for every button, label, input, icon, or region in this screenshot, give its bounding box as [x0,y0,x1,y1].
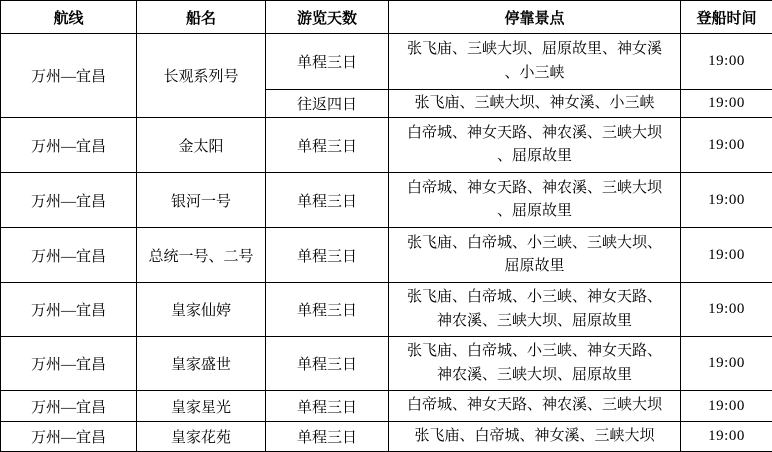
ship-cell: 长观系列号 [137,34,266,118]
days-cell: 往返四日 [266,90,389,118]
route-cell: 万州—宜昌 [1,228,137,283]
route-cell: 万州—宜昌 [1,283,137,337]
route-cell: 万州—宜昌 [1,422,137,452]
time-cell: 19:00 [681,90,772,118]
route-cell: 万州—宜昌 [1,173,137,228]
ship-cell: 皇家盛世 [137,337,266,391]
route-cell: 万州—宜昌 [1,118,137,173]
stops-cell: 白帝城、神女天路、神农溪、三峡大坝 、屈原故里 [389,173,681,228]
time-cell: 19:00 [681,283,772,337]
col-header-route: 航线 [1,1,137,34]
stops-cell: 张飞庙、白帝城、小三峡、神女天路、 神农溪、三峡大坝、屈原故里 [389,337,681,391]
time-cell: 19:00 [681,422,772,452]
ship-cell: 皇家花苑 [137,422,266,452]
col-header-days: 游览天数 [266,1,389,34]
table-row: 万州—宜昌 银河一号 单程三日 白帝城、神女天路、神农溪、三峡大坝 、屈原故里 … [1,173,772,228]
days-cell: 单程三日 [266,391,389,422]
col-header-ship: 船名 [137,1,266,34]
ship-cell: 银河一号 [137,173,266,228]
table-row: 万州—宜昌 长观系列号 单程三日 张飞庙、三峡大坝、屈原故里、神女溪 、小三峡 … [1,34,772,90]
table-row: 万州—宜昌 总统一号、二号 单程三日 张飞庙、白帝城、小三峡、三峡大坝、 屈原故… [1,228,772,283]
table-row: 万州—宜昌 皇家仙婷 单程三日 张飞庙、白帝城、小三峡、神女天路、 神农溪、三峡… [1,283,772,337]
stops-cell: 白帝城、神女天路、神农溪、三峡大坝 、屈原故里 [389,118,681,173]
days-cell: 单程三日 [266,337,389,391]
days-cell: 单程三日 [266,283,389,337]
days-cell: 单程三日 [266,422,389,452]
cruise-schedule-table: 航线 船名 游览天数 停靠景点 登船时间 万州—宜昌 长观系列号 单程三日 张飞… [0,0,772,452]
days-cell: 单程三日 [266,118,389,173]
days-cell: 单程三日 [266,173,389,228]
stops-cell: 白帝城、神女天路、神农溪、三峡大坝 [389,391,681,422]
table-row: 万州—宜昌 皇家盛世 单程三日 张飞庙、白帝城、小三峡、神女天路、 神农溪、三峡… [1,337,772,391]
stops-cell: 张飞庙、白帝城、神女溪、三峡大坝 [389,422,681,452]
stops-cell: 张飞庙、白帝城、小三峡、三峡大坝、 屈原故里 [389,228,681,283]
time-cell: 19:00 [681,118,772,173]
route-cell: 万州—宜昌 [1,34,137,118]
table-row: 万州—宜昌 皇家星光 单程三日 白帝城、神女天路、神农溪、三峡大坝 19:00 [1,391,772,422]
ship-cell: 皇家星光 [137,391,266,422]
time-cell: 19:00 [681,228,772,283]
ship-cell: 皇家仙婷 [137,283,266,337]
time-cell: 19:00 [681,34,772,90]
header-row: 航线 船名 游览天数 停靠景点 登船时间 [1,1,772,34]
days-cell: 单程三日 [266,34,389,90]
col-header-time: 登船时间 [681,1,772,34]
time-cell: 19:00 [681,173,772,228]
stops-cell: 张飞庙、白帝城、小三峡、神女天路、 神农溪、三峡大坝、屈原故里 [389,283,681,337]
col-header-stops: 停靠景点 [389,1,681,34]
ship-cell: 总统一号、二号 [137,228,266,283]
route-cell: 万州—宜昌 [1,337,137,391]
ship-cell: 金太阳 [137,118,266,173]
stops-cell: 张飞庙、三峡大坝、神女溪、小三峡 [389,90,681,118]
route-cell: 万州—宜昌 [1,391,137,422]
time-cell: 19:00 [681,391,772,422]
time-cell: 19:00 [681,337,772,391]
days-cell: 单程三日 [266,228,389,283]
table-row: 万州—宜昌 皇家花苑 单程三日 张飞庙、白帝城、神女溪、三峡大坝 19:00 [1,422,772,452]
table-row: 万州—宜昌 金太阳 单程三日 白帝城、神女天路、神农溪、三峡大坝 、屈原故里 1… [1,118,772,173]
stops-cell: 张飞庙、三峡大坝、屈原故里、神女溪 、小三峡 [389,34,681,90]
